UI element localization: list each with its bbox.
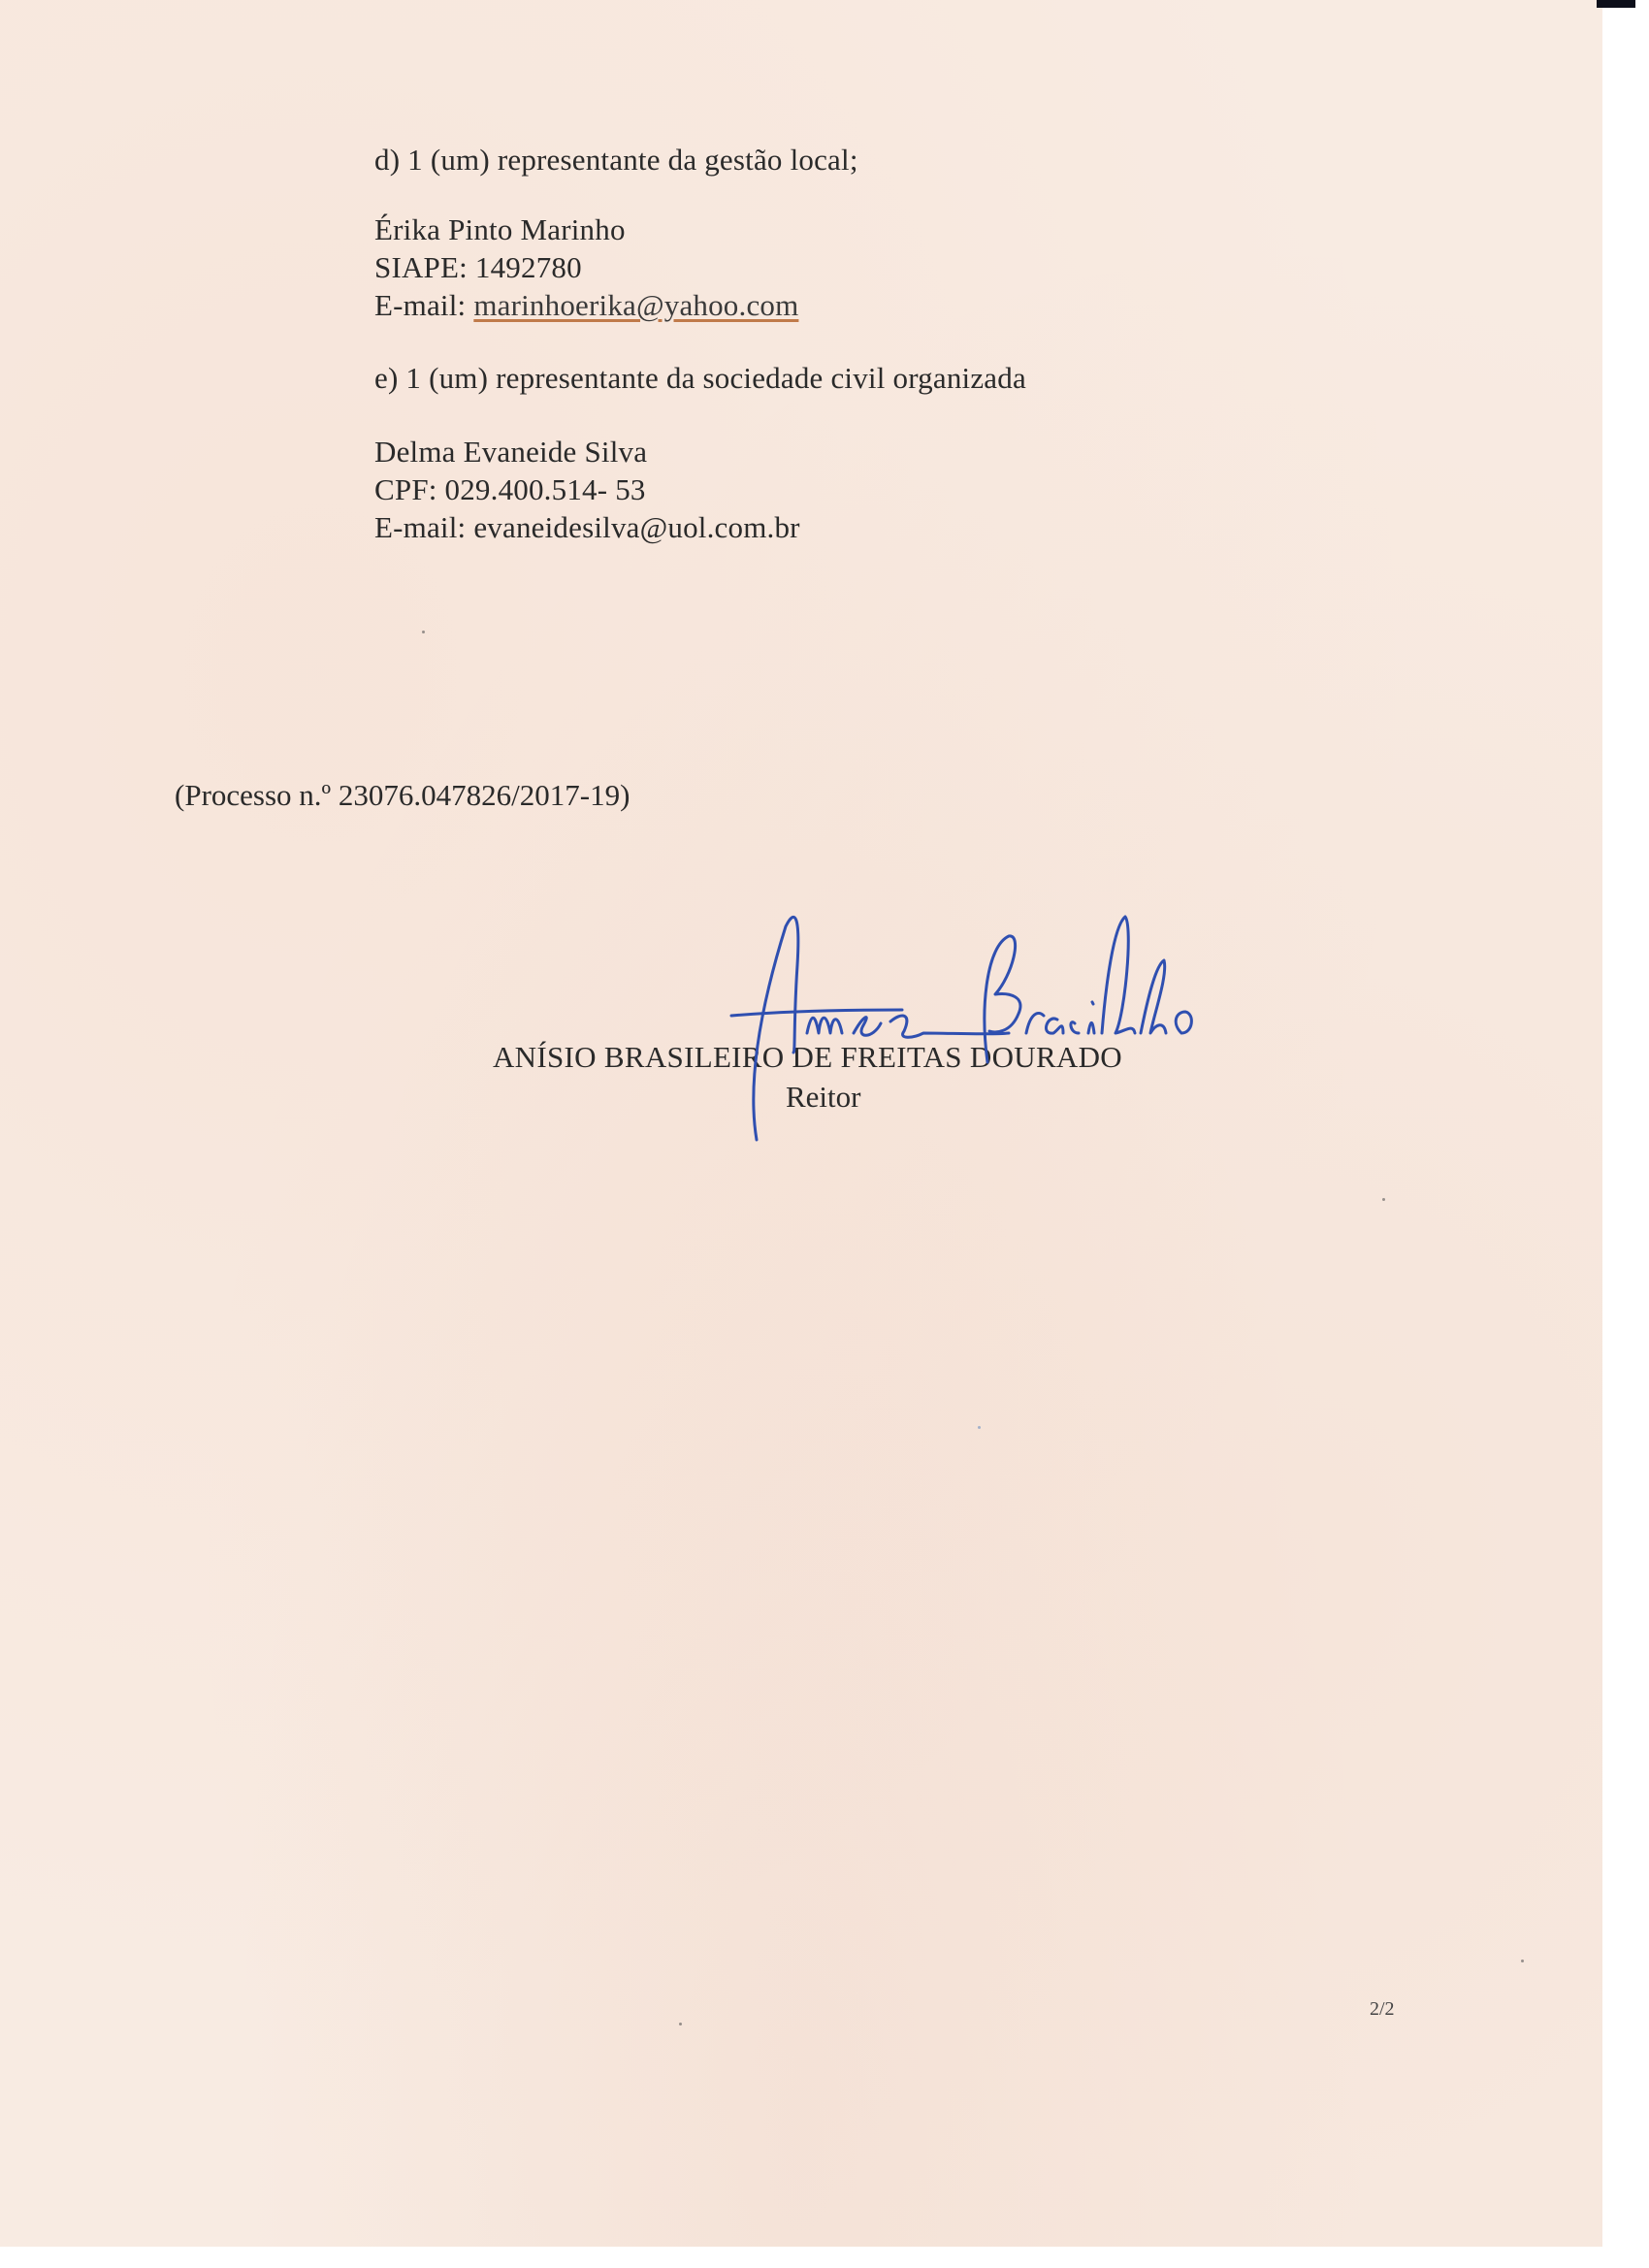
section-e-email: evaneidesilva@uol.com.br	[473, 510, 799, 544]
paper-speck	[1382, 1198, 1385, 1201]
page-number: 2/2	[1370, 1998, 1395, 2021]
email-label: E-mail:	[374, 510, 473, 544]
scanned-page: d) 1 (um) representante da gestão local;…	[0, 0, 1602, 2247]
processo-number: (Processo n.º 23076.047826/2017-19)	[175, 776, 630, 814]
section-e-cpf: CPF: 029.400.514- 53	[374, 470, 646, 508]
section-d-siape: SIAPE: 1492780	[374, 248, 582, 286]
paper-speck	[978, 1426, 981, 1429]
paper-speck	[1521, 1960, 1524, 1962]
paper-speck	[679, 2023, 682, 2025]
email-label: E-mail:	[374, 288, 473, 322]
section-e-name: Delma Evaneide Silva	[374, 433, 647, 470]
scan-edge-mark	[1597, 0, 1635, 8]
paper-speck	[422, 631, 425, 633]
section-d-email-link[interactable]: marinhoerika@yahoo.com	[473, 288, 798, 322]
section-d-name: Érika Pinto Marinho	[374, 211, 626, 248]
signatory-role: Reitor	[786, 1078, 861, 1116]
section-e-email-line: E-mail: evaneidesilva@uol.com.br	[374, 508, 800, 546]
section-e-heading: e) 1 (um) representante da sociedade civ…	[374, 359, 1026, 397]
signatory-name: ANÍSIO BRASILEIRO DE FREITAS DOURADO	[493, 1038, 1122, 1076]
section-d-email-line: E-mail: marinhoerika@yahoo.com	[374, 286, 798, 324]
section-d-heading: d) 1 (um) representante da gestão local;	[374, 141, 858, 178]
